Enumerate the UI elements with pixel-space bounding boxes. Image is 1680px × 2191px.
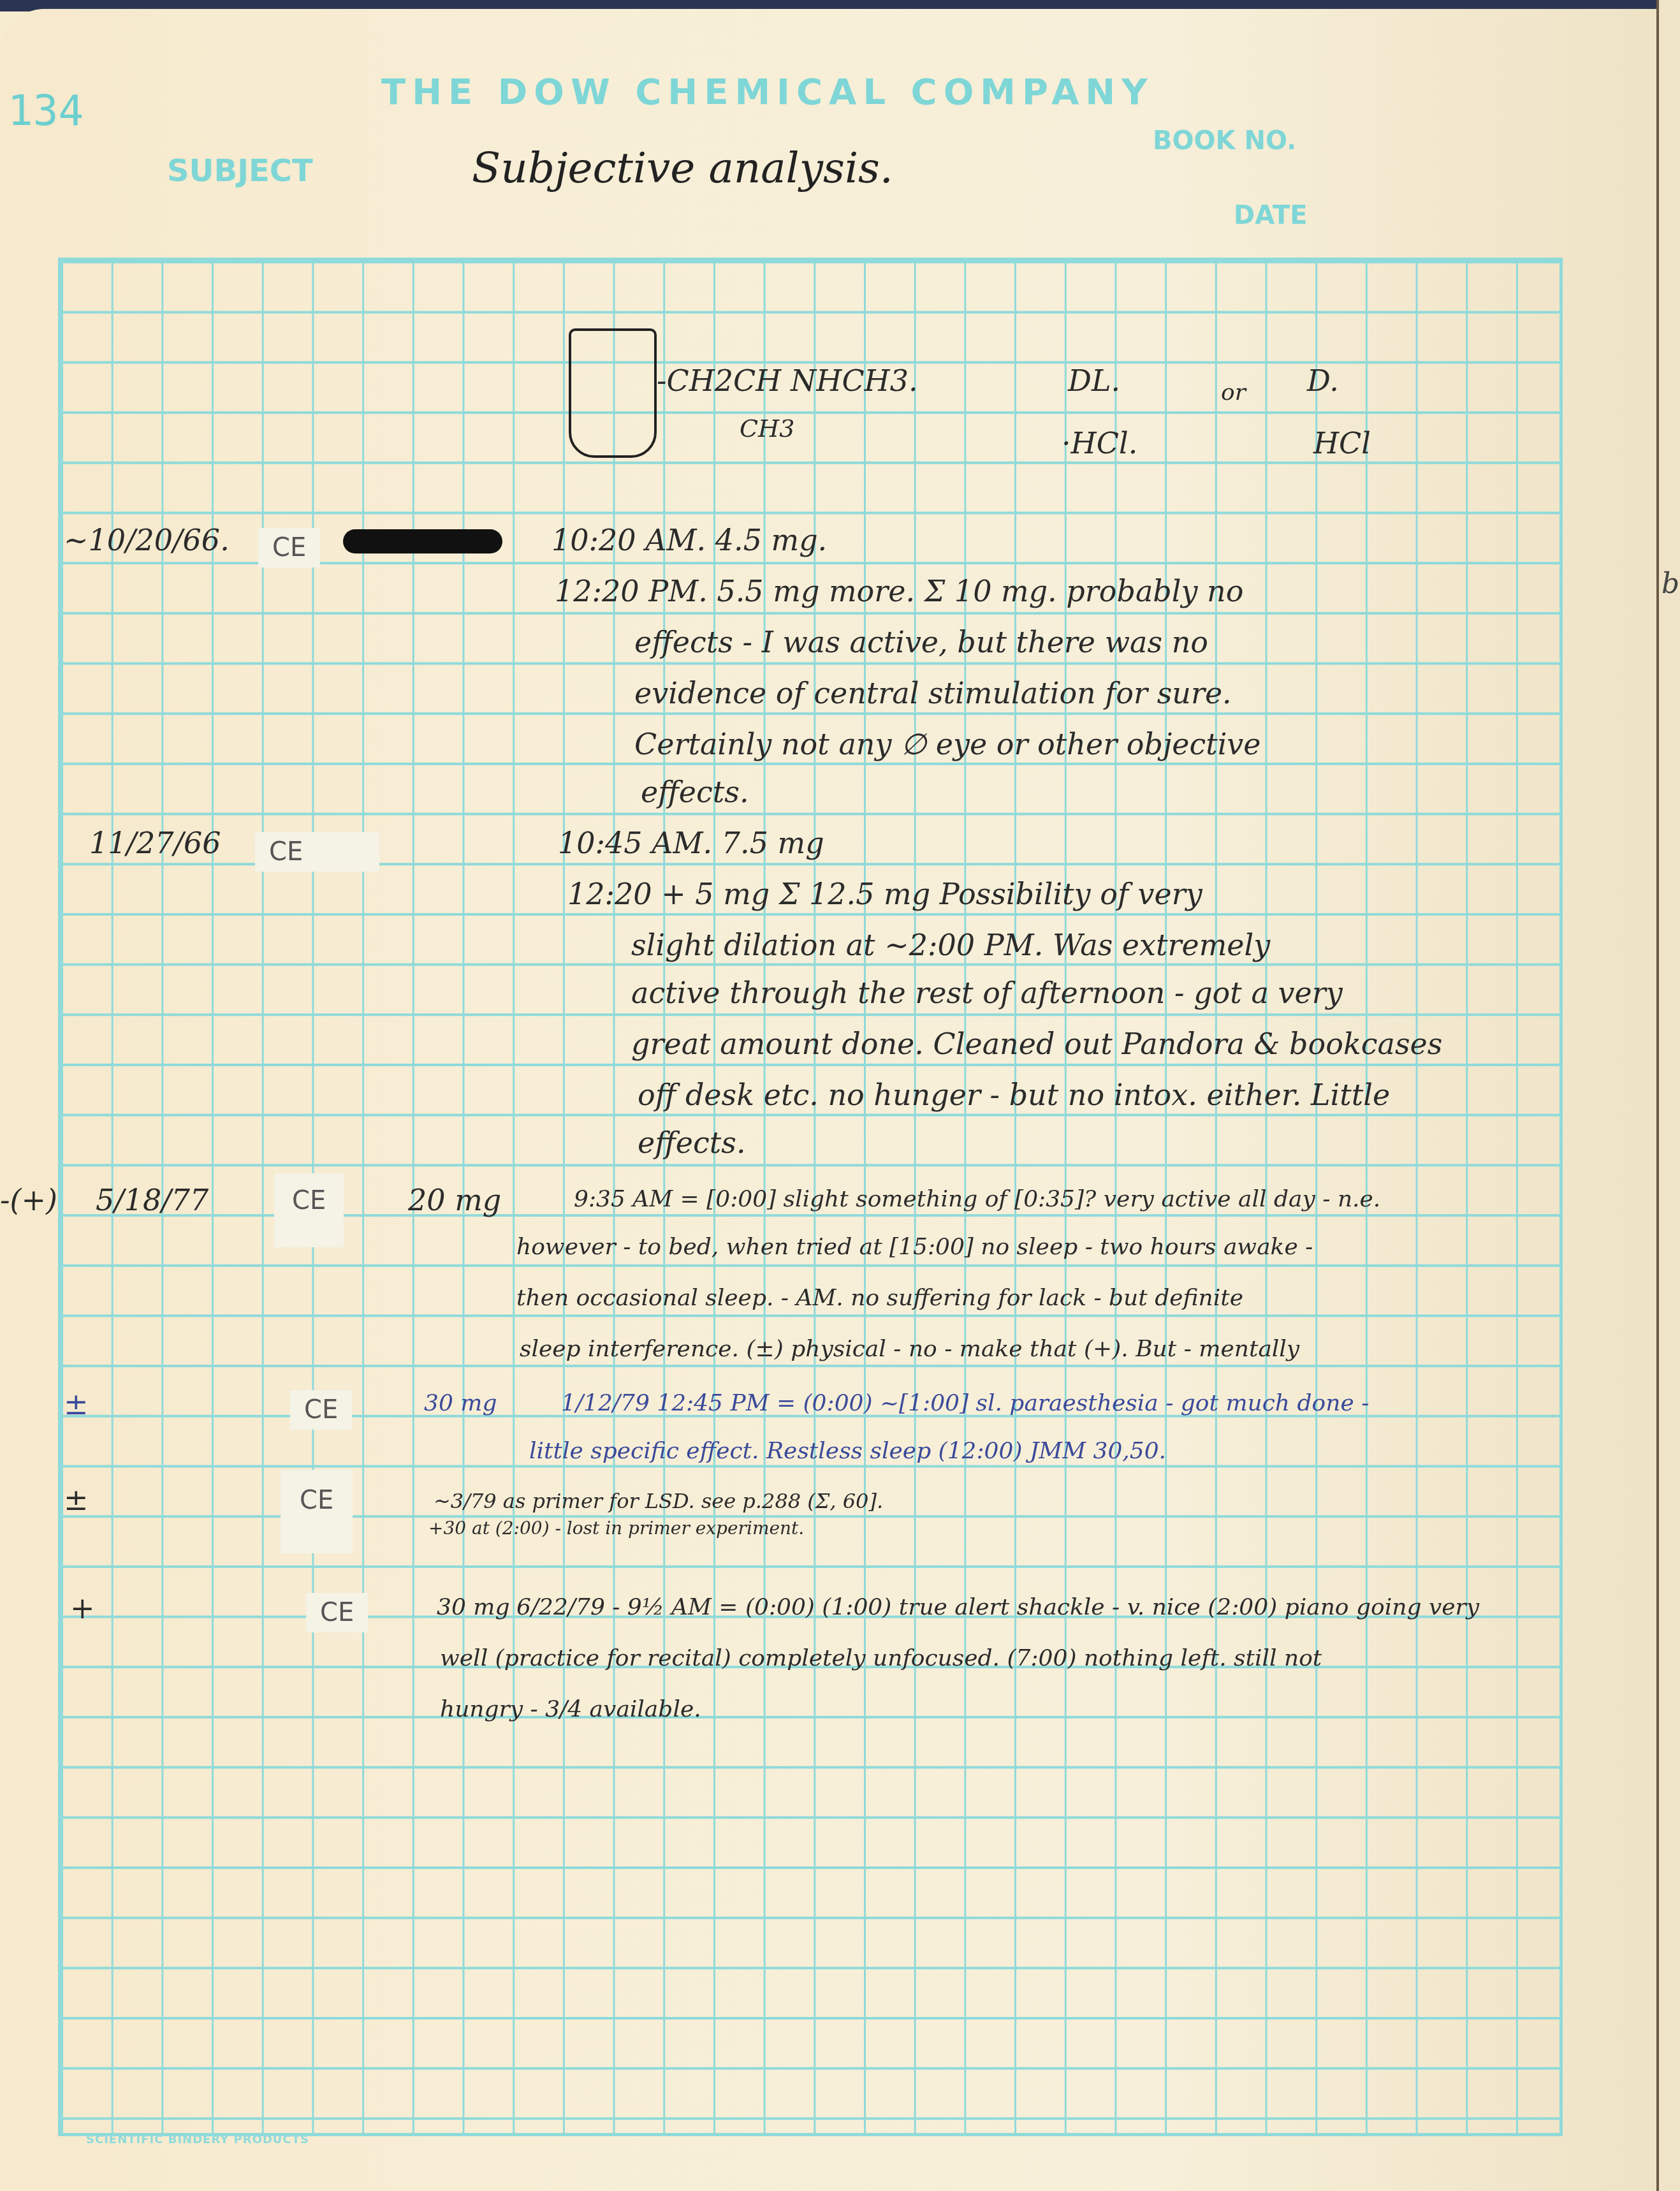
next-page-edge [1656, 0, 1680, 2191]
entry-5-rating: ± [64, 1483, 89, 1517]
entry-1-line: Certainly not any ∅ eye or other objecti… [634, 727, 1261, 761]
entry-3-dose: 20 mg [408, 1183, 501, 1217]
structure-side-chain: -CH2CH NHCH3. [657, 363, 918, 398]
entry-6-dose: 30 mg [437, 1594, 509, 1620]
entry-2-date: 11/27/66 [89, 826, 221, 860]
page-number: 134 [8, 86, 84, 135]
form-dl: DL. [1068, 363, 1120, 398]
date-label: DATE [1234, 201, 1308, 230]
entry-1-date: ~10/20/66. [64, 523, 230, 557]
printer-mark: SCIENTIFIC BINDERY PRODUCTS [86, 2133, 309, 2146]
book-no-label: BOOK NO. [1153, 126, 1296, 156]
or-text: or [1221, 379, 1246, 406]
entry-2-line: 12:20 + 5 mg Σ 12.5 mg Possibility of ve… [567, 877, 1202, 911]
entry-3-line: however - to bed, when tried at [15:00] … [516, 1234, 1313, 1260]
entry-5-line: +30 at (2:00) - lost in primer experimen… [428, 1518, 804, 1539]
entry-4-rating: ± [64, 1387, 89, 1421]
entry-3-rating: -(+) [0, 1183, 57, 1217]
entry-1-line: effects - I was active, but there was no [634, 625, 1208, 659]
company-header: THE DOW CHEMICAL COMPANY [381, 71, 1154, 113]
entry-1-line: 10:20 AM. 4.5 mg. [551, 523, 827, 557]
next-page-fragment: be [1662, 568, 1680, 600]
entry-4-line: little specific effect. Restless sleep (… [529, 1438, 1166, 1464]
entry-2-line: great amount done. Cleaned out Pandora &… [631, 1027, 1442, 1061]
entry-3-date: 5/18/77 [96, 1183, 208, 1217]
form-d: D. [1307, 363, 1339, 398]
entry-1-line: evidence of central stimulation for sure… [634, 676, 1232, 710]
entry-6-compound-label: CE [306, 1593, 368, 1632]
subject-value: Subjective analysis. [472, 143, 893, 193]
form-dl-salt: ·HCl. [1062, 426, 1137, 460]
entry-5-compound-label: CE [281, 1470, 353, 1553]
entry-2-line: off desk etc. no hunger - but no intox. … [638, 1078, 1390, 1112]
entry-2-compound-label: CE [255, 832, 379, 872]
entry-3-line: sleep interference. (±) physical - no - … [520, 1336, 1299, 1362]
entry-2-line: 10:45 AM. 7.5 mg [558, 826, 824, 860]
entry-2-line: effects. [638, 1125, 746, 1160]
benzene-ring-sketch [569, 328, 657, 458]
structure-substituent: CH3 [740, 414, 794, 443]
entry-1-line: 12:20 PM. 5.5 mg more. Σ 10 mg. probably… [555, 574, 1243, 608]
entry-2-line: active through the rest of afternoon - g… [631, 976, 1343, 1010]
subject-label: SUBJECT [167, 153, 313, 189]
entry-4-compound-label: CE [290, 1390, 352, 1430]
entry-6-line: hungry - 3/4 available. [440, 1696, 701, 1722]
entry-3-line: 9:35 AM = [0:00] slight something of [0:… [574, 1186, 1380, 1212]
entry-1-line: effects. [641, 775, 749, 809]
entry-1-compound-label: CE [258, 528, 320, 568]
redaction-mark [343, 529, 502, 553]
entry-5-line: ~3/79 as primer for LSD. see p.288 (Σ, 6… [434, 1489, 883, 1513]
entry-6-line: 6/22/79 - 9½ AM = (0:00) (1:00) true ale… [516, 1594, 1479, 1620]
form-d-salt: HCl [1313, 426, 1371, 460]
entry-4-dose: 30 mg [424, 1390, 497, 1416]
entry-3-line: then occasional sleep. - AM. no sufferin… [516, 1285, 1243, 1311]
entry-6-line: well (practice for recital) completely u… [440, 1645, 1322, 1671]
entry-6-rating: + [70, 1591, 95, 1625]
entry-2-line: slight dilation at ~2:00 PM. Was extreme… [631, 928, 1270, 962]
entry-3-compound-label: CE [274, 1173, 344, 1247]
entry-4-line: 1/12/79 12:45 PM = (0:00) ~[1:00] sl. pa… [561, 1390, 1369, 1416]
